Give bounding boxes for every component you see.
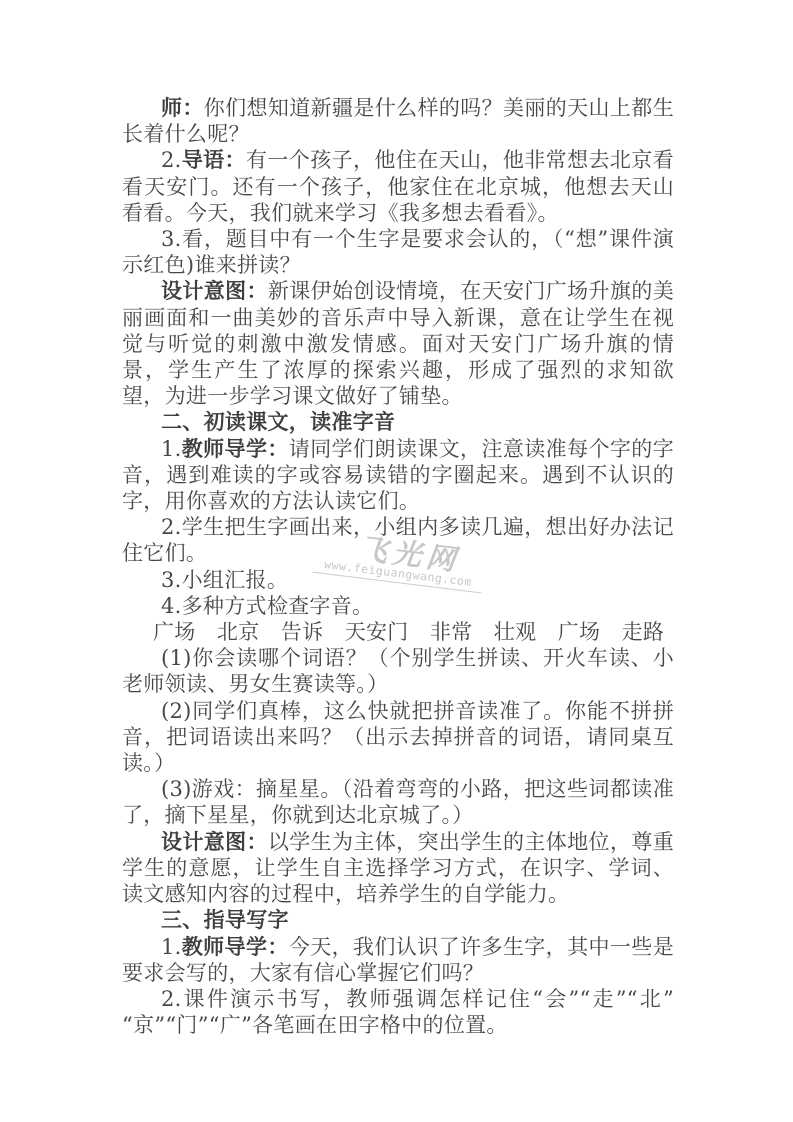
paragraph: 3.小组汇报。 (122, 567, 674, 593)
paragraph-text: 4.多种方式检查字音。 (161, 594, 373, 618)
paragraph: 3.看，题目中有一个生字是要求会认的，（“想”课件演示红色)谁来拼读？ (122, 226, 674, 278)
paragraph: (3)游戏：摘星星。（沿着弯弯的小路，把这些词都读准了，摘下星星，你就到达北京城… (122, 776, 674, 828)
paragraph: 设计意图：以学生为主体，突出学生的主体地位，尊重学生的意愿，让学生自主选择学习方… (122, 829, 674, 908)
paragraph: 2.学生把生字画出来，小组内多读几遍，想出好办法记住它们。 (122, 514, 674, 566)
paragraph-lead: 教师导学： (182, 437, 289, 461)
paragraph-lead: 设计意图： (161, 830, 268, 854)
paragraph: 1.教师导学：请同学们朗读课文，注意读准每个字的字音，遇到难读的字或容易读错的字… (122, 436, 674, 515)
paragraph: (1)你会读哪个词语？（个别学生拼读、开火车读、小老师领读、男女生赛读等。） (122, 645, 674, 697)
paragraph-lead: 设计意图： (161, 279, 268, 303)
paragraph: 1.教师导学：今天，我们认识了许多生字，其中一些是要求会写的，大家有信心掌握它们… (122, 934, 674, 986)
paragraph: 4.多种方式检查字音。 (122, 593, 674, 619)
paragraph-lead: 导语： (182, 148, 246, 172)
paragraph-lead: 师： (161, 96, 204, 120)
paragraph-text: 2.课件演示书写，教师强调怎样记住“会”“走”“北”“京”“门”“广”各笔画在田… (122, 987, 674, 1037)
paragraph-text: (3)游戏：摘星星。（沿着弯弯的小路，把这些词都读准了，摘下星星，你就到达北京城… (122, 777, 674, 827)
section-heading: 三、指导写字 (122, 907, 674, 933)
paragraph-lead: 二、初读课文，读准字音 (161, 410, 395, 434)
paragraph: 设计意图：新课伊始创设情境，在天安门广场升旗的美丽画面和一曲美妙的音乐声中导入新… (122, 278, 674, 409)
paragraph-text: (1)你会读哪个词语？（个别学生拼读、开火车读、小老师领读、男女生赛读等。） (122, 646, 674, 696)
paragraph: 2.课件演示书写，教师强调怎样记住“会”“走”“北”“京”“门”“广”各笔画在田… (122, 986, 674, 1038)
paragraph-text: (2)同学们真棒，这么快就把拼音读准了。你能不拼拼音，把词语读出来吗？（出示去掉… (122, 699, 674, 775)
paragraph-text: 3.小组汇报。 (161, 568, 288, 592)
document-body: 师：你们想知道新疆是什么样的吗？美丽的天山上都生长着什么呢？2.导语：有一个孩子… (122, 95, 674, 1038)
paragraph: (2)同学们真棒，这么快就把拼音读准了。你能不拼拼音，把词语读出来吗？（出示去掉… (122, 698, 674, 777)
paragraph: 2.导语：有一个孩子，他住在天山，他非常想去北京看看天安门。还有一个孩子，他家住… (122, 147, 674, 226)
paragraph-lead: 教师导学： (182, 935, 289, 959)
paragraph-lead: 三、指导写字 (161, 908, 289, 932)
section-heading: 二、初读课文，读准字音 (122, 409, 674, 435)
paragraph: 师：你们想知道新疆是什么样的吗？美丽的天山上都生长着什么呢？ (122, 95, 674, 147)
paragraph-text: 1. (161, 935, 182, 959)
paragraph-text: 你们想知道新疆是什么样的吗？美丽的天山上都生长着什么呢？ (122, 96, 674, 146)
paragraph-text: 1. (161, 437, 182, 461)
paragraph-text: 2.学生把生字画出来，小组内多读几遍，想出好办法记住它们。 (122, 515, 674, 565)
paragraph-text: 3.看，题目中有一个生字是要求会认的，（“想”课件演示红色)谁来拼读？ (122, 227, 674, 277)
paragraph-text: 广场 北京 告诉 天安门 非常 壮观 广场 走路 (153, 620, 664, 644)
word-list-row: 广场 北京 告诉 天安门 非常 壮观 广场 走路 (122, 619, 674, 645)
document-page: 师：你们想知道新疆是什么样的吗？美丽的天山上都生长着什么呢？2.导语：有一个孩子… (0, 0, 793, 1122)
paragraph-text: 2. (161, 148, 182, 172)
